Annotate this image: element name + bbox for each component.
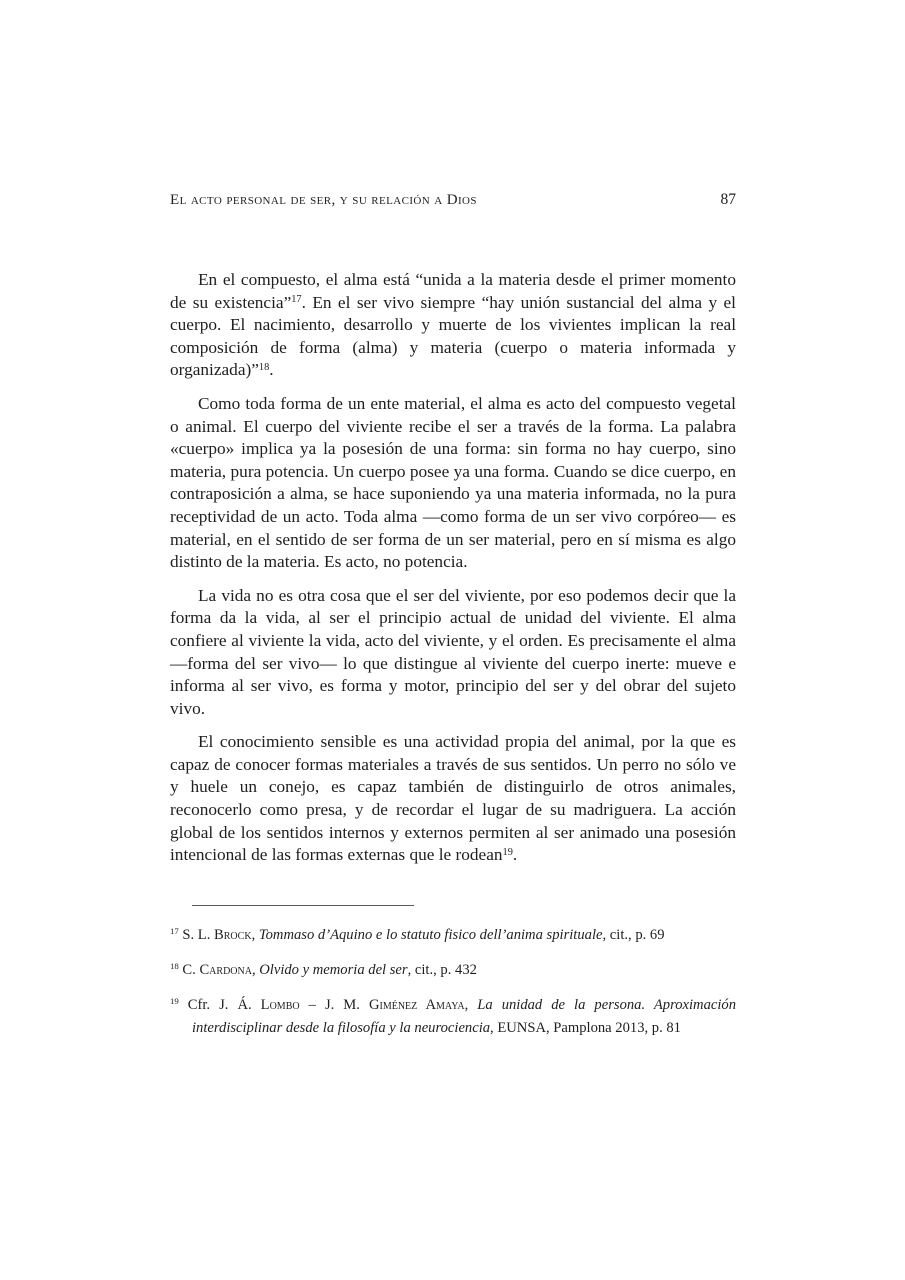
footnote-19: 19 Cfr. J. Á. Lombo – J. M. Giménez Amay…: [170, 994, 736, 1040]
paragraph-2-text: Como toda forma de un ente material, el …: [170, 394, 736, 571]
footnote-19-text: Cfr. J. Á.: [179, 997, 261, 1013]
footnote-18: 18 C. Cardona, Olvido y memoria del ser,…: [170, 959, 736, 982]
footnote-17: 17 S. L. Brock, Tommaso d’Aquino e lo st…: [170, 924, 736, 947]
running-title: El acto personal de ser, y su relación a…: [170, 192, 477, 209]
footnote-19-text: – J. M.: [300, 997, 369, 1013]
footnotes-section: 17 S. L. Brock, Tommaso d’Aquino e lo st…: [170, 924, 736, 1040]
footnote-ref-19: 19: [503, 847, 513, 858]
paragraph-4-text: El conocimiento sensible es una activida…: [170, 732, 736, 864]
footnote-18-work-title: Olvido y memoria del ser: [259, 962, 407, 978]
page-header: El acto personal de ser, y su relación a…: [170, 191, 736, 209]
paragraph-3-text: La vida no es otra cosa que el ser del v…: [170, 586, 736, 718]
footnote-17-text: ,: [252, 927, 259, 943]
footnote-ref-18: 18: [259, 362, 269, 373]
document-page: El acto personal de ser, y su relación a…: [0, 0, 905, 1280]
footnote-18-author: Cardona: [199, 962, 252, 978]
footnote-17-text: , cit., p. 69: [603, 927, 665, 943]
footnote-19-number: 19: [170, 996, 179, 1006]
footnote-ref-17: 17: [291, 294, 301, 305]
footnote-19-author-1: Lombo: [261, 997, 300, 1013]
footnote-19-text: , EUNSA, Pamplona 2013, p. 81: [490, 1020, 681, 1036]
paragraph-1-text: .: [269, 360, 273, 379]
footnote-17-text: S. L.: [179, 927, 214, 943]
paragraph-4-text: .: [513, 845, 517, 864]
page-number: 87: [721, 191, 737, 209]
body-text: En el compuesto, el alma está “unida a l…: [170, 269, 736, 1040]
paragraph-3: La vida no es otra cosa que el ser del v…: [170, 585, 736, 721]
footnote-18-text: , cit., p. 432: [408, 962, 477, 978]
footnote-separator: [192, 905, 414, 906]
paragraph-1: En el compuesto, el alma está “unida a l…: [170, 269, 736, 382]
footnote-18-number: 18: [170, 961, 179, 971]
footnote-19-text: ,: [465, 997, 478, 1013]
paragraph-2: Como toda forma de un ente material, el …: [170, 393, 736, 574]
footnote-17-number: 17: [170, 926, 179, 936]
footnote-19-author-2: Giménez Amaya: [369, 997, 465, 1013]
footnote-17-author: Brock: [214, 927, 252, 943]
paragraph-4: El conocimiento sensible es una activida…: [170, 731, 736, 867]
footnote-17-work-title: Tommaso d’Aquino e lo statuto fisico del…: [259, 927, 603, 943]
footnote-18-text: C.: [179, 962, 200, 978]
